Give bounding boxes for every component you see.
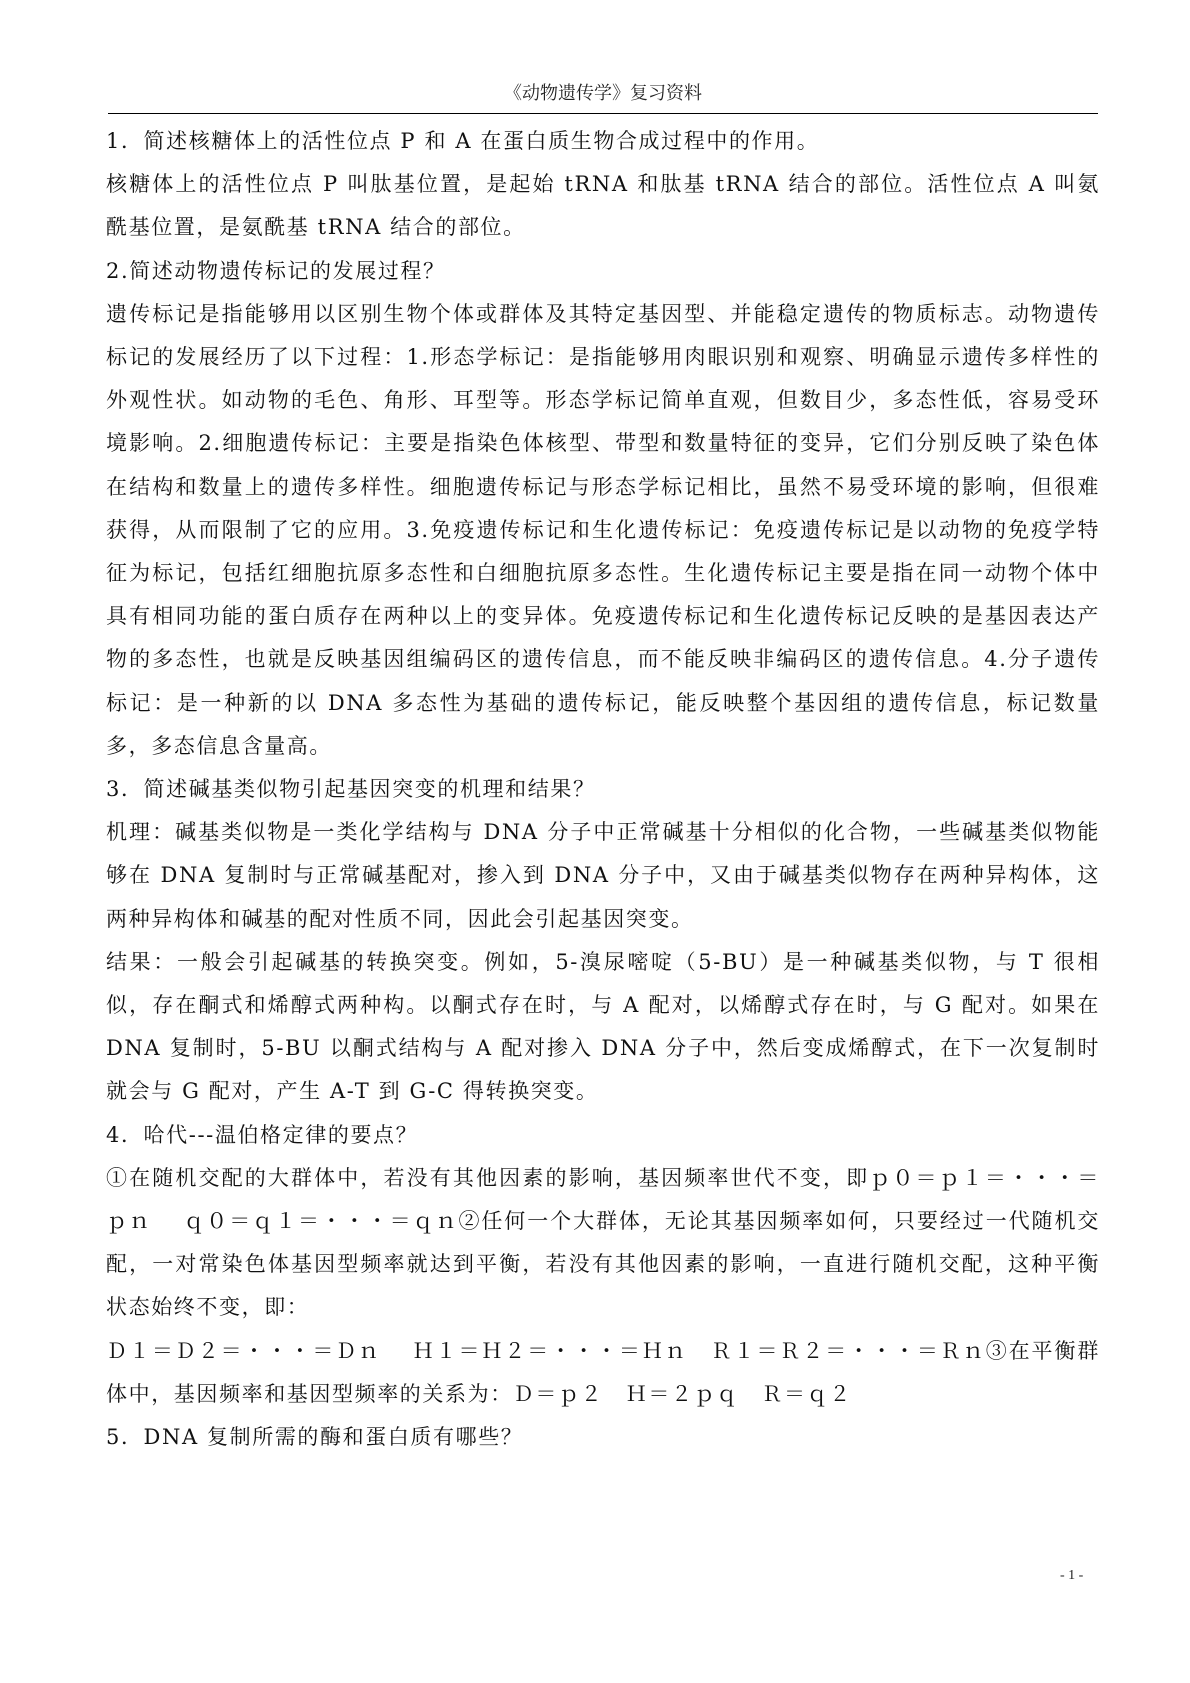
document-header-title: 《动物遗传学》复习资料 bbox=[108, 82, 1098, 106]
document-body: 1．简述核糖体上的活性位点 P 和 A 在蛋白质生物合成过程中的作用。 核糖体上… bbox=[106, 120, 1100, 1459]
answer-4-part-1: ①在随机交配的大群体中，若没有其他因素的影响，基因频率世代不变，即ｐ０＝ｐ１＝・… bbox=[106, 1157, 1100, 1330]
answer-2: 遗传标记是指能够用以区别生物个体或群体及其特定基因型、并能稳定遗传的物质标志。动… bbox=[106, 293, 1100, 768]
answer-3-mechanism: 机理：碱基类似物是一类化学结构与 DNA 分子中正常碱基十分相似的化合物，一些碱… bbox=[106, 811, 1100, 941]
question-5: 5．DNA 复制所需的酶和蛋白质有哪些？ bbox=[106, 1416, 1100, 1459]
answer-3-result: 结果：一般会引起碱基的转换突变。例如，5-溴尿嘧啶（5-BU）是一种碱基类似物，… bbox=[106, 941, 1100, 1114]
question-1: 1．简述核糖体上的活性位点 P 和 A 在蛋白质生物合成过程中的作用。 bbox=[106, 120, 1100, 163]
question-4: 4．哈代---温伯格定律的要点？ bbox=[106, 1114, 1100, 1157]
answer-4-part-2: Ｄ１＝Ｄ２＝・・・＝Ｄｎ Ｈ１＝Ｈ２＝・・・＝Ｈｎ Ｒ１＝Ｒ２＝・・・＝Ｒｎ③在… bbox=[106, 1330, 1100, 1416]
question-2: 2.简述动物遗传标记的发展过程？ bbox=[106, 250, 1100, 293]
page-number: - 1 - bbox=[1060, 1568, 1083, 1584]
header-divider bbox=[108, 113, 1098, 114]
question-3: 3．简述碱基类似物引起基因突变的机理和结果？ bbox=[106, 768, 1100, 811]
answer-1: 核糖体上的活性位点 P 叫肽基位置，是起始 tRNA 和肽基 tRNA 结合的部… bbox=[106, 163, 1100, 249]
